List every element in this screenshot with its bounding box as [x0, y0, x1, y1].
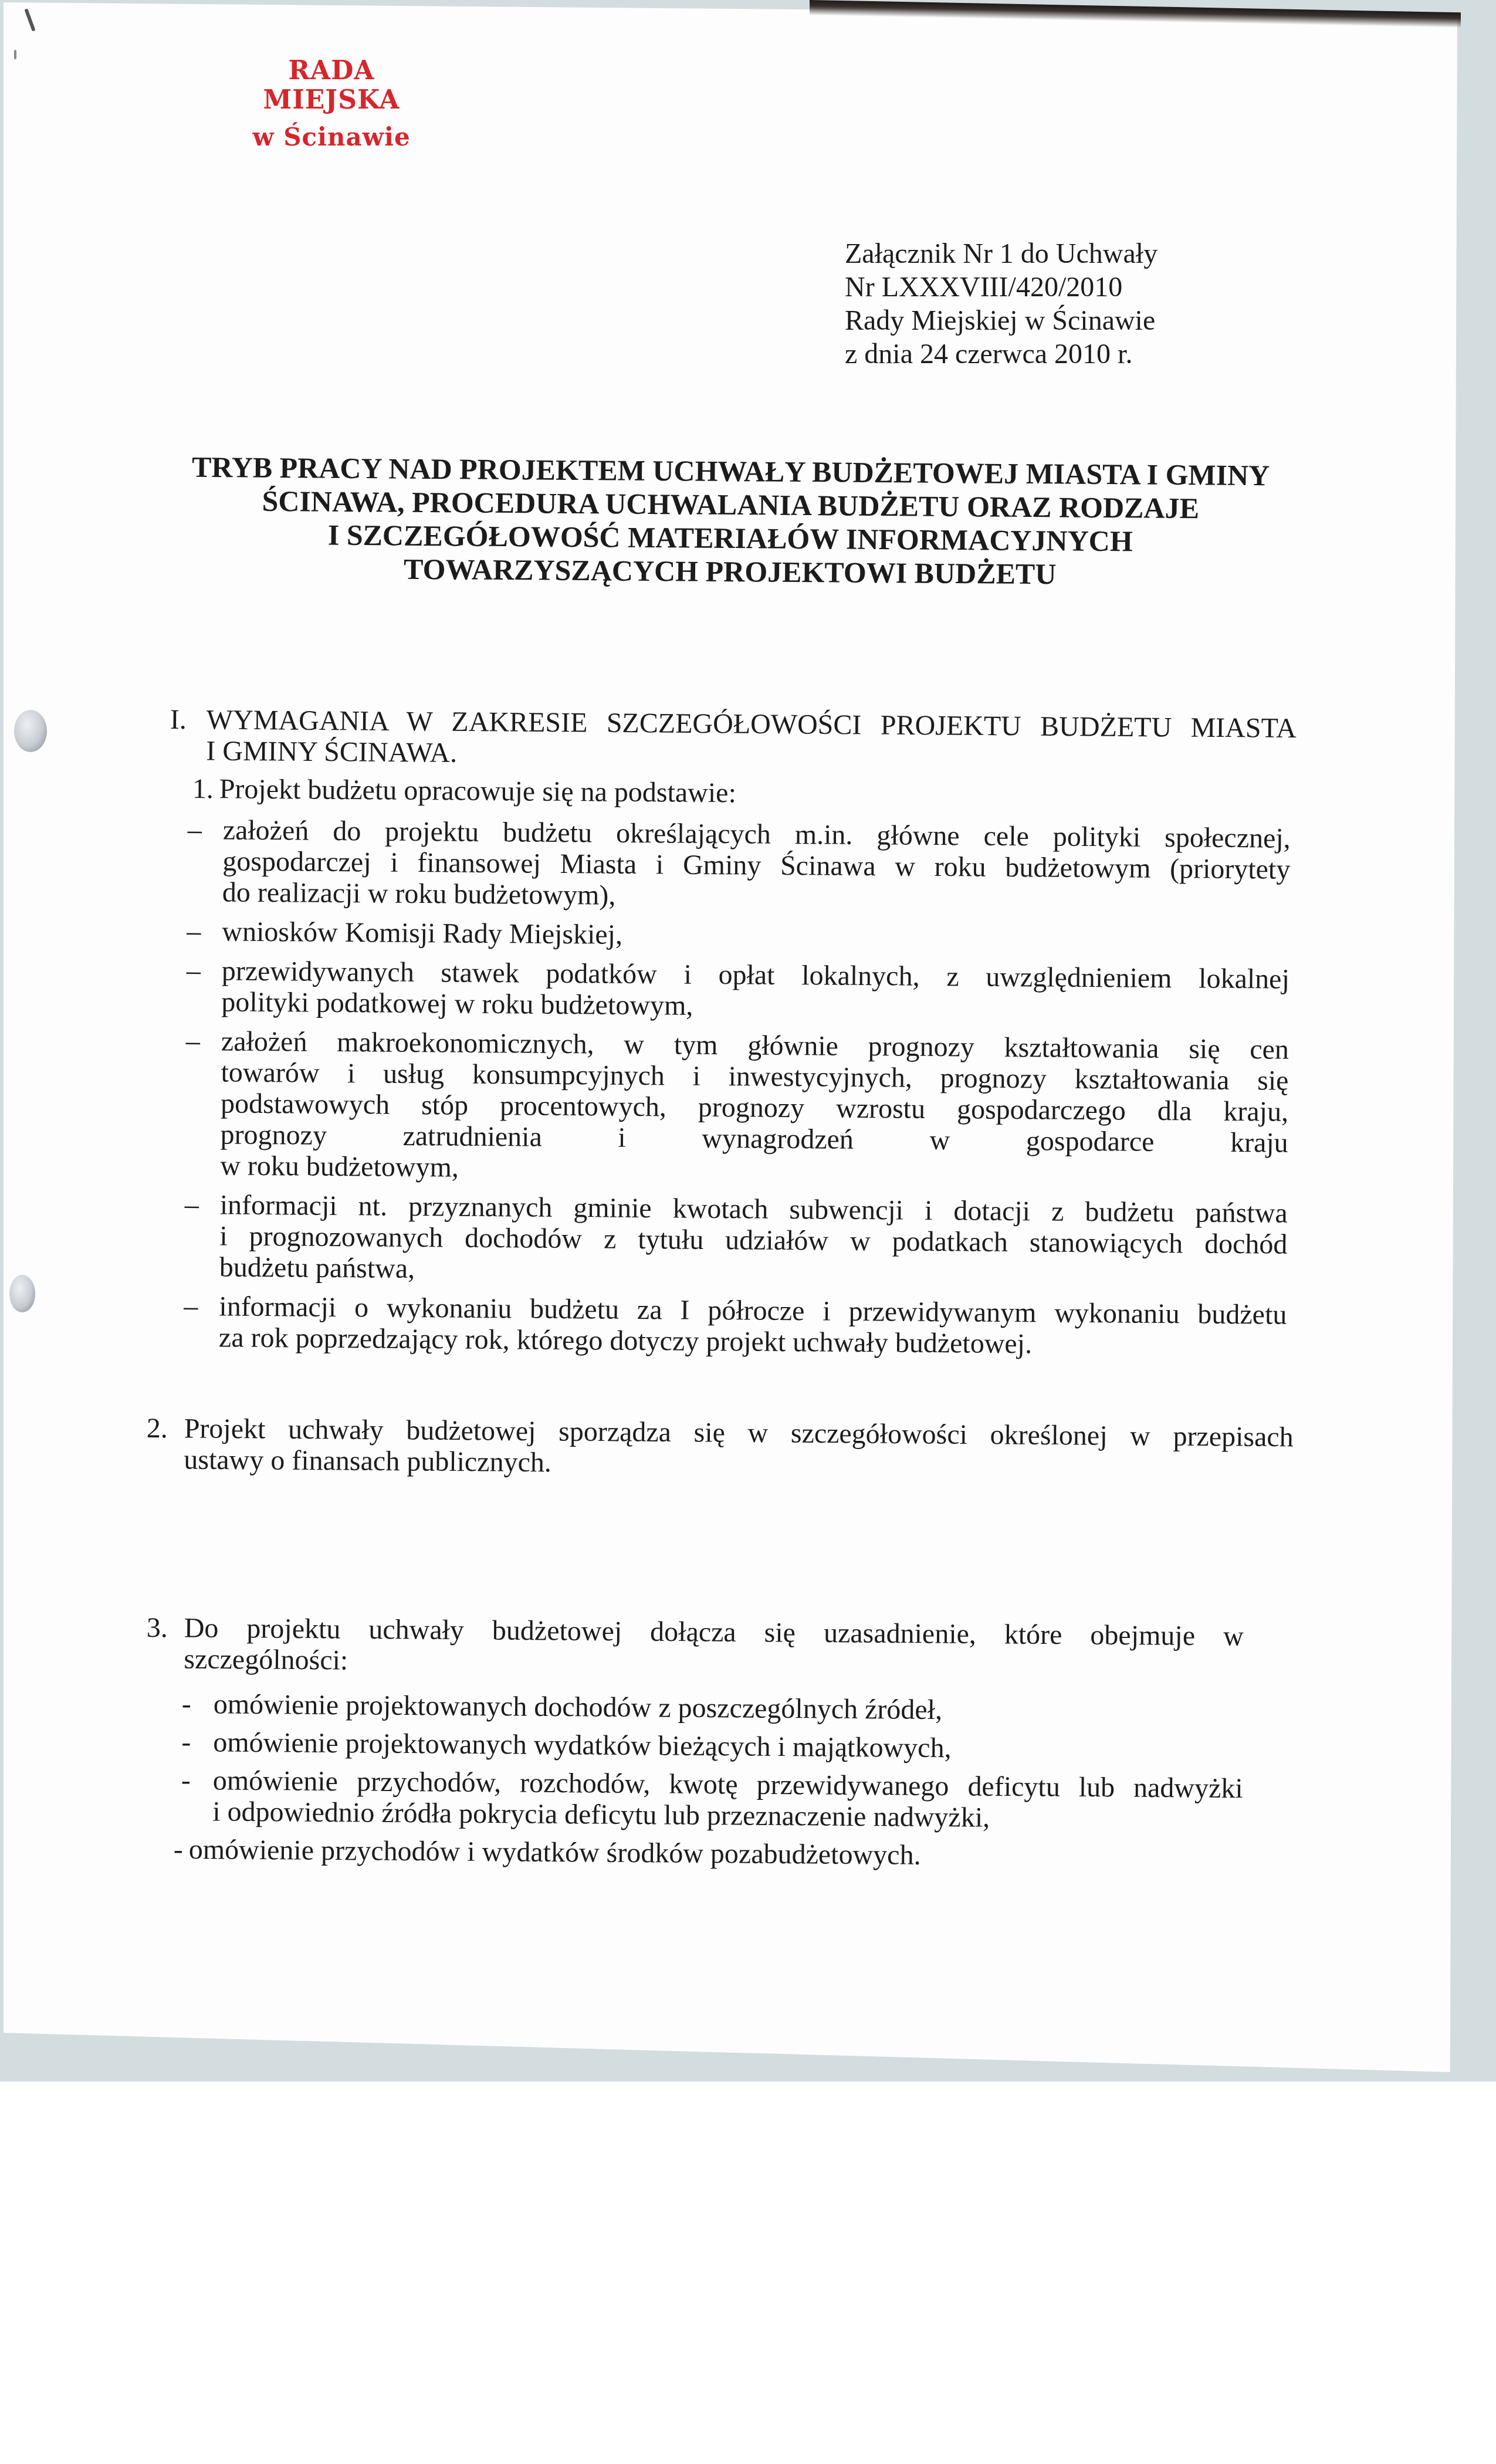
section-heading: I. WYMAGANIA W ZAKRESIE SZCZEGÓŁOWOŚCI P…: [170, 704, 1297, 775]
stamp-line-1: RADA MIEJSKA: [235, 56, 428, 115]
dash-marker: –: [187, 916, 201, 947]
attachment-line-1: Załącznik Nr 1 do Uchwały: [845, 237, 1157, 270]
dash-marker: -: [182, 1688, 191, 1720]
item-2: 2. Projekt uchwały budżetowej sporządza …: [146, 1413, 1294, 1484]
item-1-bullets: – założeń do projektu budżetu określając…: [184, 814, 1291, 1362]
dash-marker: –: [187, 955, 201, 986]
dash-marker: –: [184, 1291, 198, 1322]
bullet-line: wniosków Komisji Rady Miejskiej,: [222, 916, 1289, 955]
list-item: – przewidywanych stawek podatków i opłat…: [186, 955, 1289, 1026]
punch-hole-icon: [9, 1275, 35, 1312]
item-number: 2.: [147, 1413, 168, 1444]
attachment-reference: Załącznik Nr 1 do Uchwały Nr LXXXVIII/42…: [845, 237, 1157, 371]
list-item: - omówienie projektowanych wydatków bież…: [181, 1727, 1243, 1766]
attachment-line-4: z dnia 24 czerwca 2010 r.: [845, 337, 1157, 371]
section-number: I.: [170, 704, 187, 735]
item-3-bullets: - omówienie projektowanych dochodów z po…: [181, 1688, 1244, 1873]
item-number: 1.: [192, 773, 214, 804]
council-stamp: RADA MIEJSKA w Ścinawie: [235, 56, 428, 151]
list-item: – założeń makroekonomicznych, w tym głów…: [185, 1025, 1289, 1190]
list-item: – informacji nt. przyznanych gminie kwot…: [184, 1189, 1288, 1291]
list-item: – informacji o wykonaniu budżetu za I pó…: [184, 1291, 1287, 1362]
scan-edge-mark: [14, 50, 16, 59]
attachment-line-3: Rady Miejskiej w Ścinawie: [845, 304, 1157, 337]
attachment-line-2: Nr LXXXVIII/420/2010: [845, 270, 1157, 304]
dash-marker: -: [181, 1727, 191, 1758]
dash-marker: –: [188, 814, 202, 845]
document-title: TRYB PRACY NAD PROJEKTEM UCHWAŁY BUDŻETO…: [146, 450, 1315, 593]
dash-marker: –: [186, 1025, 200, 1057]
list-item: – założeń do projektu budżetu określając…: [187, 814, 1291, 916]
dash-marker: –: [185, 1189, 199, 1220]
list-item: - omówienie przychodów, rozchodów, kwotę…: [181, 1765, 1243, 1835]
list-item: – wniosków Komisji Rady Miejskiej,: [187, 916, 1289, 956]
item-number: 3.: [147, 1612, 168, 1643]
stamp-line-2: w Ścinawie: [235, 123, 428, 151]
bullet-line: omówienie projektowanych wydatków bieżąc…: [213, 1727, 1243, 1766]
item-3: 3. Do projektu uchwały budżetowej dołącz…: [146, 1612, 1244, 1683]
dash-marker: -: [181, 1765, 191, 1796]
punch-hole-icon: [14, 710, 47, 752]
dash-marker: -: [174, 1834, 183, 1865]
